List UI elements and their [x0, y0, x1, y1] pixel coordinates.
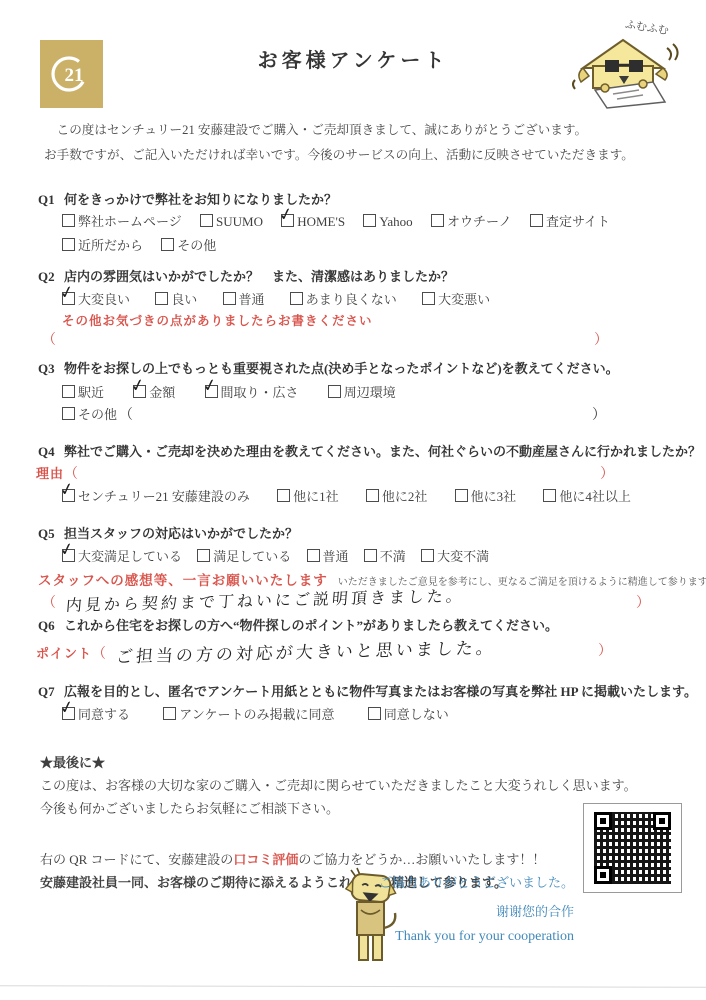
checkbox-option[interactable]: 大変満足している [62, 549, 182, 564]
checkbox-option[interactable]: 近所だから [62, 238, 143, 253]
checkbox [421, 549, 434, 562]
qr-request-line: 右の QR コードにて、安藤建設の口コミ評価のご協力をどうか…お願いいたします！… [40, 849, 545, 868]
point-paren-close: ） [598, 640, 612, 660]
checkbox [62, 292, 75, 305]
checkbox [422, 292, 435, 305]
checkbox-option[interactable]: 金額 [133, 385, 175, 400]
checkbox [161, 238, 174, 251]
review-qr-code[interactable] [583, 803, 682, 893]
answer-paren-close: ） [636, 592, 650, 612]
checkbox [223, 292, 236, 305]
question-text: 物件をお探しの上でもっとも重要視された点(決め手となったポイントなど)を教えてく… [64, 361, 619, 376]
reason-label: 理由 [36, 466, 64, 481]
question-id: Q6 [38, 618, 64, 634]
checkbox [163, 707, 176, 720]
checkbox-option[interactable]: 間取り・広さ [205, 385, 299, 400]
question-q3: Q3物件をお探しの上でもっとも重要視された点(決め手となったポイントなど)を教え… [38, 358, 619, 377]
other-paren-open: （ [119, 408, 133, 423]
checkbox [62, 238, 75, 251]
checkbox-option[interactable]: その他 [62, 407, 117, 422]
checkbox-option[interactable]: オウチーノ [431, 214, 512, 229]
checkbox-option[interactable]: 他に1社 [277, 489, 339, 504]
question-text: 店内の雰囲気はいかがでしたか？ また、清潔感はありましたか？ [64, 269, 454, 284]
checkbox [133, 385, 146, 398]
checkbox [366, 489, 379, 502]
q4-options-row: センチュリー21 安藤建設のみ 他に1社 他に2社 他に3社 他に4社以上 [62, 486, 646, 505]
point-label: ポイント [36, 646, 92, 661]
question-id: Q5 [38, 526, 64, 542]
checkbox-option[interactable]: Yahoo [363, 214, 412, 229]
question-id: Q2 [38, 269, 64, 285]
checkbox-option[interactable]: センチュリー21 安藤建設のみ [62, 489, 250, 504]
qr-line-highlight: 口コミ評価 [233, 852, 298, 867]
q1-options-row1: 弊社ホームページ SUUMO HOME'S Yahoo オウチーノ 査定サイト [62, 211, 625, 230]
question-id: Q7 [38, 684, 64, 700]
question-q2: Q2店内の雰囲気はいかがでしたか？ また、清潔感はありましたか？ [38, 266, 454, 285]
svg-text:ふむふむ: ふむふむ [624, 19, 669, 38]
checkbox-option[interactable]: 普通 [223, 292, 265, 307]
checkbox-option[interactable]: 駅近 [62, 385, 104, 400]
qr-pattern [594, 812, 671, 884]
other-paren-close: ） [592, 404, 606, 424]
question-q6: Q6これから住宅をお探しの方へ“物件探しのポイント”がありましたら教えてください… [38, 615, 558, 634]
checkbox-option[interactable]: 他に3社 [455, 489, 517, 504]
question-q7: Q7広報を目的とし、匿名でアンケート用紙とともに物件写真またはお客様の写真を弊社… [38, 681, 697, 700]
question-text: 何をきっかけで弊社をお知りになりましたか？ [64, 192, 337, 207]
question-q1: Q1何をきっかけで弊社をお知りになりましたか？ [38, 189, 337, 208]
thanks-zh: 谢谢您的合作 [348, 901, 574, 920]
question-text: 広報を目的とし、匿名でアンケート用紙とともに物件写真またはお客様の写真を弊社 H… [64, 684, 697, 699]
q3-options-row2: その他（ [62, 404, 133, 424]
checkbox [197, 549, 210, 562]
checkbox [530, 214, 543, 227]
reason-paren-close: ） [600, 463, 614, 483]
reading-dog-mascot-icon: ふむふむ [571, 18, 679, 110]
checkbox-option[interactable]: 同意する [62, 707, 130, 722]
answer-paren-close: ） [594, 329, 608, 349]
checkbox [364, 549, 377, 562]
checkbox-option[interactable]: あまり良くない [290, 292, 397, 307]
survey-document: 21 お客様アンケート ふむふむ この度はセンチュリー21 安藤建設でご購入・ご… [0, 0, 706, 1000]
checkbox-option[interactable]: SUUMO [200, 214, 263, 229]
checkbox [328, 385, 341, 398]
answer-paren-open: （ [42, 592, 56, 612]
checkbox-option[interactable]: 弊社ホームページ [62, 214, 182, 229]
intro-text: この度はセンチュリー21 安藤建設でご購入・ご売却頂きまして、誠にありがとうござ… [44, 118, 694, 167]
checkbox [431, 214, 444, 227]
question-id: Q3 [38, 361, 64, 377]
checkbox [307, 549, 320, 562]
q2-free-comment-prompt: その他お気づきの点がありましたらお書きください [62, 311, 373, 329]
q1-options-row2: 近所だから その他 [62, 235, 231, 254]
intro-line-2: お手数ですが、ご記入いただければ幸いです。今後のサービスの向上、活動に反映させて… [44, 143, 694, 168]
answer-paren-open: （ [42, 329, 56, 349]
q3-options-row1: 駅近 金額 間取り・広さ 周辺環境 [62, 382, 411, 401]
checkbox [290, 292, 303, 305]
checkbox [62, 385, 75, 398]
checkbox-option[interactable]: 普通 [307, 549, 349, 564]
checkbox-option[interactable]: 大変良い [62, 292, 130, 307]
checkbox [62, 214, 75, 227]
question-text: これから住宅をお探しの方へ“物件探しのポイント”がありましたら教えてください。 [64, 618, 558, 633]
checkbox [281, 214, 294, 227]
intro-line-1: この度はセンチュリー21 安藤建設でご購入・ご売却頂きまして、誠にありがとうござ… [44, 118, 694, 143]
thanks-ja: ご協力ありがとうございました。 [348, 872, 574, 891]
checkbox [205, 385, 218, 398]
checkbox-option[interactable]: 良い [155, 292, 197, 307]
q2-options-row: 大変良い 良い 普通 あまり良くない 大変悪い [62, 289, 505, 308]
checkbox-option[interactable]: 他に2社 [366, 489, 428, 504]
checkbox [277, 489, 290, 502]
q6-point-line: ポイント（ ご担当の方の対応が大きいと思いました。 [36, 638, 496, 663]
qr-finder-icon [594, 812, 612, 830]
checkbox-option[interactable]: 周辺環境 [328, 385, 396, 400]
question-q4: Q4弊社でご購入・ご売却を決めた理由を教えてください。また、何社ぐらいの不動産屋… [38, 441, 701, 460]
q5-options-row: 大変満足している 満足している 普通 不満 大変不満 [62, 546, 504, 565]
checkbox-option[interactable]: 満足している [197, 549, 291, 564]
checkbox-option[interactable]: その他 [161, 238, 216, 253]
checkbox-option[interactable]: HOME'S [281, 214, 345, 229]
point-paren-open: （ [92, 647, 106, 662]
thanks-en: Thank you for your cooperation [348, 929, 574, 945]
checkbox-option[interactable]: 他に4社以上 [543, 489, 631, 504]
checkbox-option[interactable]: 大変不満 [421, 549, 489, 564]
qr-line-post: のご協力をどうか…お願いいたします！！ [298, 852, 545, 867]
checkbox [155, 292, 168, 305]
question-id: Q1 [38, 192, 64, 208]
qr-finder-icon [594, 866, 612, 884]
checkbox-option[interactable]: 不満 [364, 549, 406, 564]
closing-star: ★最後に★ [40, 752, 105, 771]
checkbox [368, 707, 381, 720]
closing-line-1: この度は、お客様の大切な家のご購入・ご売却に関らせていただきましたこと大変うれし… [40, 775, 637, 794]
checkbox-option[interactable]: 同意しない [368, 707, 449, 722]
checkbox [62, 549, 75, 562]
checkbox [62, 489, 75, 502]
checkbox-option[interactable]: 大変悪い [422, 292, 490, 307]
checkbox [200, 214, 213, 227]
question-text: 弊社でご購入・ご売却を決めた理由を教えてください。また、何社ぐらいの不動産屋さん… [64, 444, 701, 459]
question-id: Q4 [38, 444, 64, 460]
question-text: 担当スタッフの対応はいかがでしたか？ [64, 526, 298, 541]
checkbox [62, 707, 75, 720]
checkbox [363, 214, 376, 227]
scan-edge-line [0, 985, 706, 987]
q7-options-row: 同意する アンケートのみ掲載に同意 同意しない [62, 704, 464, 723]
q6-handwritten-answer: ご担当の方の対応が大きいと思いました。 [115, 633, 497, 667]
checkbox-option[interactable]: 査定サイト [530, 214, 610, 229]
closing-line-2: 今後も何かございましたらお気軽にご相談下さい。 [40, 798, 339, 817]
staff-comment-prompt: スタッフへの感想等、一言お願いいたします [38, 573, 328, 588]
qr-line-pre: 右の QR コードにて、安藤建設の [40, 852, 233, 867]
checkbox-option[interactable]: アンケートのみ掲載に同意 [163, 707, 334, 722]
checkbox [62, 407, 75, 420]
question-q5: Q5担当スタッフの対応はいかがでしたか？ [38, 523, 298, 542]
qr-finder-icon [653, 812, 671, 830]
checkbox [455, 489, 468, 502]
checkbox [543, 489, 556, 502]
